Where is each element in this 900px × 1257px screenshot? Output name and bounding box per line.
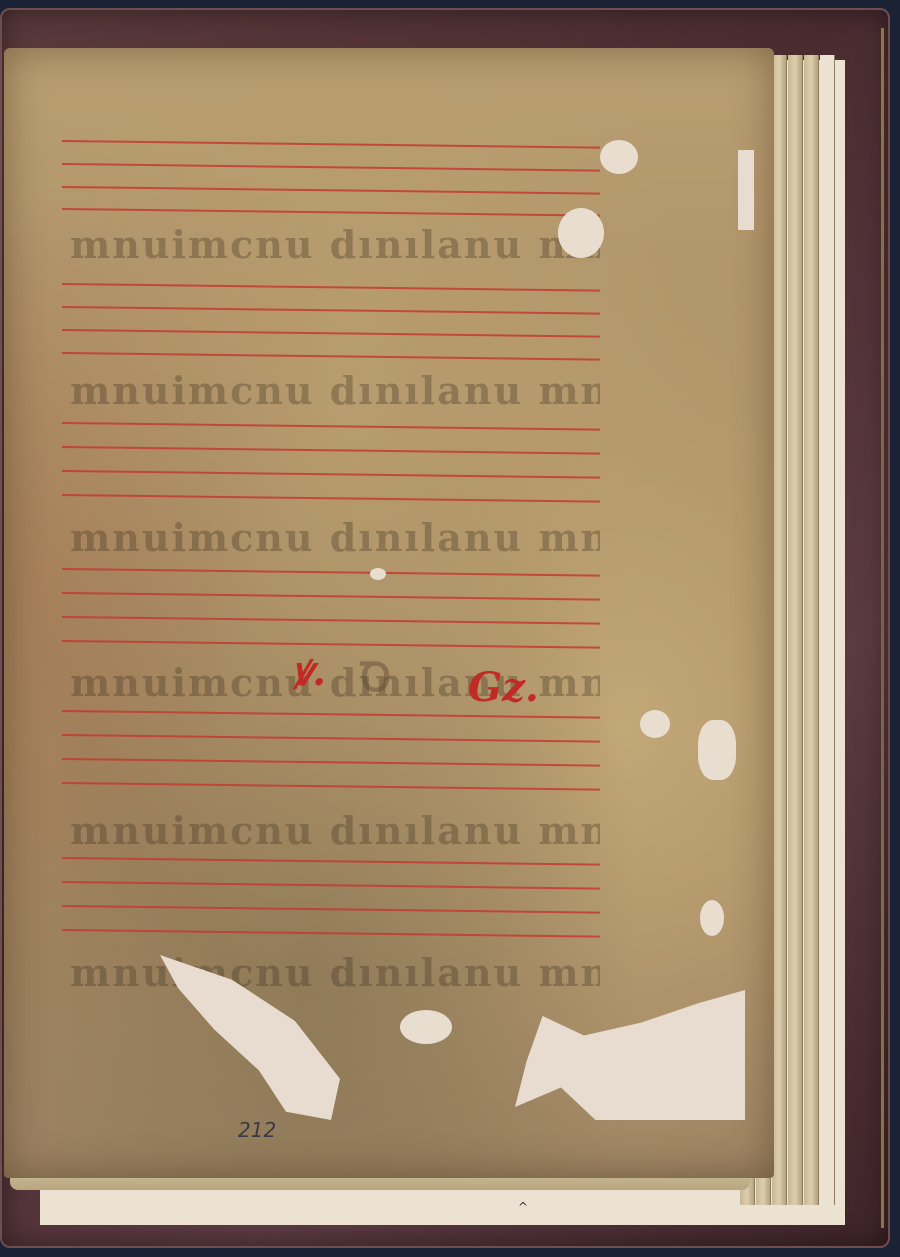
pencil-mark: ^ <box>518 1200 528 1214</box>
leaf-edge <box>772 55 787 1205</box>
leaf-edge <box>788 55 803 1205</box>
parchment-page <box>4 48 774 1178</box>
faded-text-line: mnuimcnu dınılanu mnim lcıa mnuimcnu dın… <box>70 222 600 267</box>
leaf-edge <box>804 55 819 1205</box>
parchment-hole <box>700 900 724 936</box>
parchment-hole <box>640 710 670 738</box>
parchment-hole <box>698 720 736 780</box>
parchment-hole <box>370 568 386 580</box>
leaf-edge <box>820 55 835 1205</box>
faded-text-line: mnuimcnu dınılanu mnim lcıa mnuimcnu dın… <box>70 368 600 413</box>
parchment-hole <box>558 208 604 258</box>
gilt-edge-trim <box>881 28 884 1228</box>
faded-initial: Ꝺ <box>360 648 391 703</box>
parchment-hole <box>600 140 638 174</box>
rubric-abbreviation: Gz. <box>468 664 539 711</box>
parchment-tear <box>738 150 754 230</box>
parchment-hole <box>400 1010 452 1044</box>
folio-number: 212 <box>238 1118 276 1142</box>
faded-text-line: mnuimcnu dınılanu mnim lcıa mnuimcnu dın… <box>70 950 600 995</box>
faded-text-line: mnuimcnu dınılanu mnim lcıa mnuimcnu dın… <box>70 515 600 560</box>
faded-text-line: mnuimcnu dınılanu mnim lcıa mnuimcnu dın… <box>70 808 600 853</box>
rubric-versicle: ꝟ. <box>292 642 326 697</box>
